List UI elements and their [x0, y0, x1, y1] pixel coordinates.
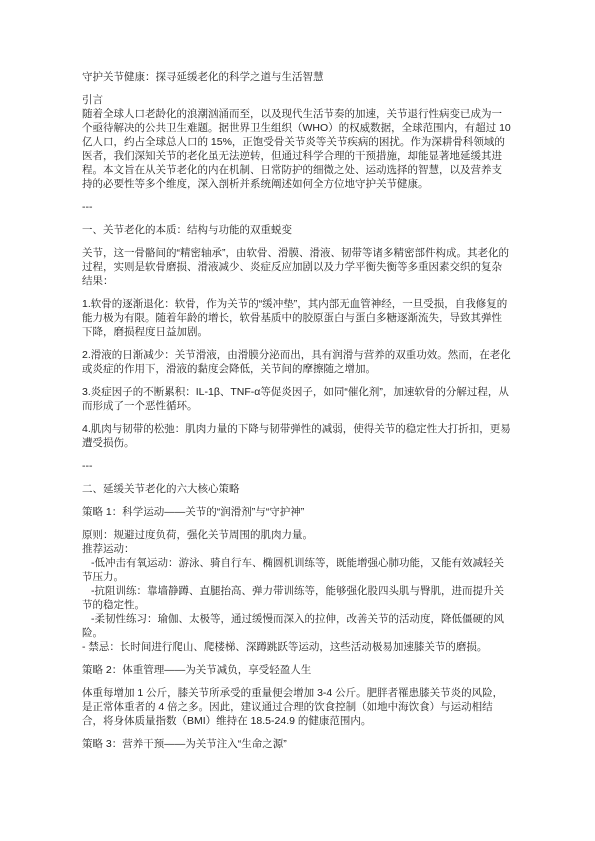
strategy-1-principle: 原则：规避过度负荷，强化关节周围的肌肉力量。 [82, 528, 512, 542]
numbered-item-muscle-ligament: 4.肌肉与韧带的松弛：肌肉力量的下降与韧带弹性的减弱，使得关节的稳定性大打折扣，… [82, 422, 512, 450]
section-1-heading: 一、关节老化的本质：结构与功能的双重蜕变 [82, 223, 512, 237]
section-2-heading: 二、延缓关节老化的六大核心策略 [82, 482, 512, 496]
document-page: 守护关节健康：探寻延缓老化的科学之道与生活智慧 引言 随着全球人口老龄化的浪潮汹… [0, 0, 595, 841]
numbered-item-cartilage: 1.软骨的逐渐退化：软骨，作为关节的“缓冲垫”，其内部无血管神经，一旦受损，自我… [82, 297, 512, 339]
list-item-resistance-training: -抗阻训练：靠墙静蹲、直腿抬高、弹力带训练等，能够强化股四头肌与臀肌，进而提升关… [82, 584, 512, 612]
list-item-taboo: - 禁忌：长时间进行爬山、爬楼梯、深蹲跳跃等运动，这些活动极易加速膝关节的磨损。 [82, 640, 512, 654]
list-item-flexibility: -柔韧性练习：瑜伽、太极等，通过缓慢而深入的拉伸，改善关节的活动度，降低僵硬的风… [82, 612, 512, 640]
numbered-item-inflammation: 3.炎症因子的不断累积：IL-1β、TNF-α等促炎因子，如同“催化剂”，加速软… [82, 385, 512, 413]
separator: --- [82, 459, 512, 473]
strategy-2-heading: 策略 2：体重管理——为关节减负，享受轻盈人生 [82, 663, 512, 677]
separator: --- [82, 200, 512, 214]
list-item-low-impact-aerobic: -低冲击有氧运动：游泳、骑自行车、椭圆机训练等，既能增强心肺功能，又能有效减轻关… [82, 556, 512, 584]
strategy-1-heading: 策略 1：科学运动——关节的“润滑剂”与“守护神” [82, 505, 512, 519]
intro-label: 引言 [82, 93, 512, 107]
strategy-3-heading: 策略 3：营养干预——为关节注入“生命之源” [82, 737, 512, 751]
doc-title: 守护关节健康：探寻延缓老化的科学之道与生活智慧 [82, 70, 512, 84]
recommended-exercise-label: 推荐运动： [82, 542, 512, 556]
section-1-lead-paragraph: 关节，这一骨骼间的“精密轴承”，由软骨、滑膜、滑液、韧带等诸多精密部件构成。其老… [82, 246, 512, 288]
strategy-2-paragraph: 体重每增加 1 公斤，膝关节所承受的重量便会增加 3-4 公斤。肥胖者罹患膝关节… [82, 686, 512, 728]
intro-paragraph: 随着全球人口老龄化的浪潮汹涌而至，以及现代生活节奏的加速，关节退行性病变已成为一… [82, 107, 512, 191]
numbered-item-synovial-fluid: 2.滑液的日渐减少：关节滑液，由滑膜分泌而出，具有润滑与营养的双重功效。然而，在… [82, 348, 512, 376]
